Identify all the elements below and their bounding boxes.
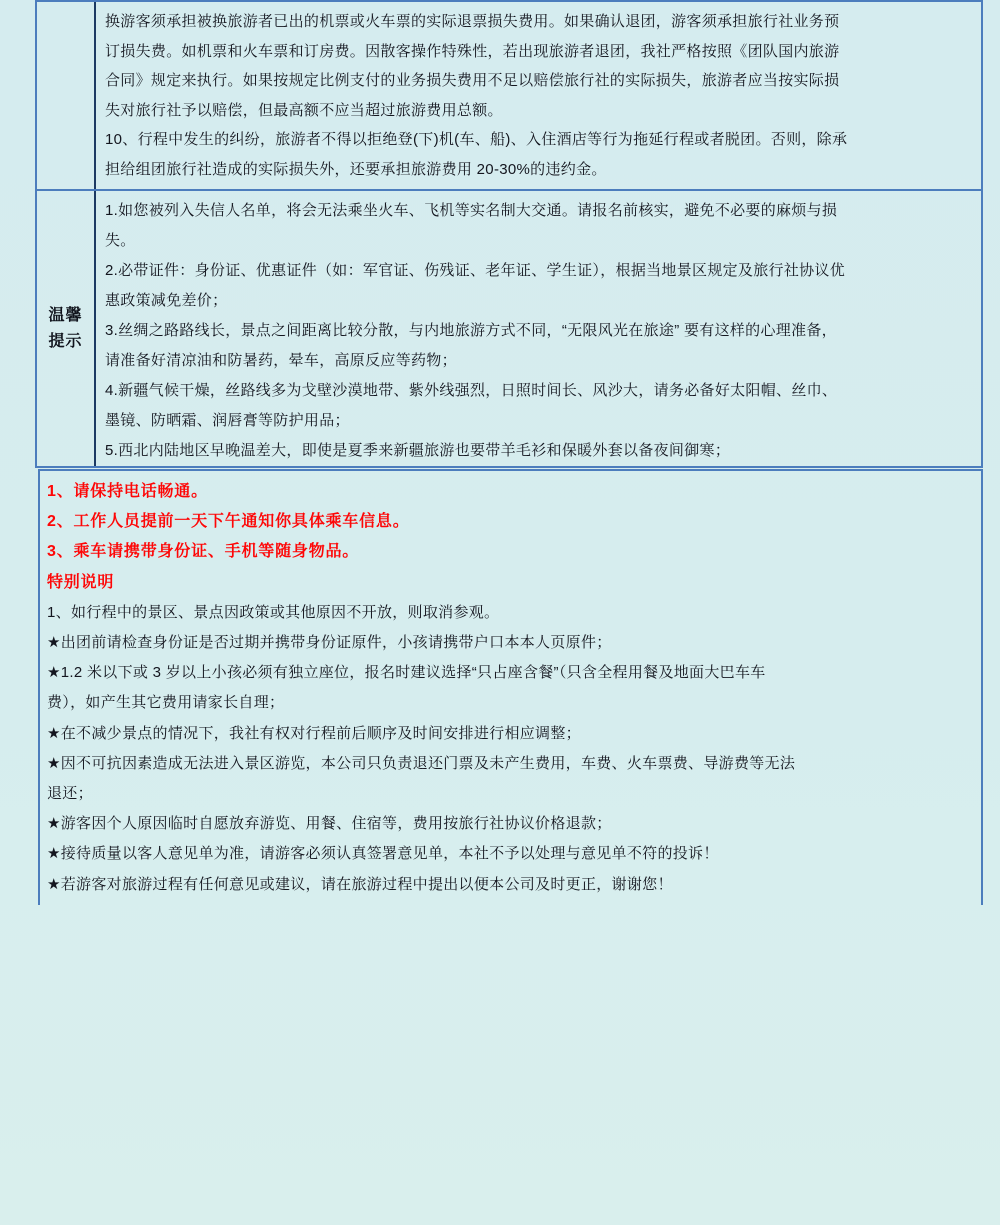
notice-text-line: ★若游客对旅游过程有任何意见或建议，请在旅游过程中提出以便本公司及时更正，谢谢您… — [47, 870, 975, 900]
tips-header-cell: 温馨 提示 — [37, 191, 96, 466]
tips-text-line: 墨镜、防晒霜、润唇膏等防护用品； — [105, 406, 975, 436]
tips-text-line: 4.新疆气候干燥，丝路线多为戈壁沙漠地带、紫外线强烈，日照时间长、风沙大，请务必… — [105, 376, 975, 406]
tips-text-line: 1.如您被列入失信人名单，将会无法乘坐火车、飞机等实名制大交通。请报名前核实，避… — [105, 196, 975, 226]
terms-text-line: 担给组团旅行社造成的实际损失外，还要承担旅游费用 20-30%的违约金。 — [105, 155, 975, 185]
terms-text-line: 订损失费。如机票和火车票和订房费。因散客操作特殊性，若出现旅游者退团，我社严格按… — [105, 37, 975, 67]
notice-text-line: 费），如产生其它费用请家长自理； — [47, 688, 975, 718]
tips-text-line: 5.西北内陆地区早晚温差大，即使是夏季来新疆旅游也要带羊毛衫和保暖外套以备夜间御… — [105, 436, 975, 466]
special-note-title: 特别说明 — [47, 568, 975, 598]
tips-text-line: 请准备好清凉油和防暑药，晕车，高原反应等药物； — [105, 346, 975, 376]
table-row-penalty-terms: 换游客须承担被换旅游者已出的机票或火车票的实际退票损失费用。如果确认退团，游客须… — [37, 2, 981, 189]
tips-text-line: 3.丝绸之路路线长，景点之间距离比较分散，与内地旅游方式不同，“无限风光在旅途”… — [105, 316, 975, 346]
terms-text-line: 失对旅行社予以赔偿，但最高额不应当超过旅游费用总额。 — [105, 96, 975, 126]
tips-text-line: 失。 — [105, 226, 975, 256]
red-notice-line: 1、请保持电话畅通。 — [47, 477, 975, 507]
notice-text-line: 退还； — [47, 779, 975, 809]
row1-content-cell: 换游客须承担被换旅游者已出的机票或火车票的实际退票损失费用。如果确认退团，游客须… — [96, 2, 981, 189]
tips-text-line: 2.必带证件：身份证、优惠证件（如：军官证、伤残证、老年证、学生证），根据当地景… — [105, 256, 975, 286]
tips-header-label: 温馨 — [48, 303, 82, 329]
row1-header-cell — [37, 2, 96, 189]
terms-text-line: 换游客须承担被换旅游者已出的机票或火车票的实际退票损失费用。如果确认退团，游客须… — [105, 7, 975, 37]
notice-text-line: ★1.2 米以下或 3 岁以上小孩必须有独立座位，报名时建议选择“只占座含餐”（… — [47, 658, 975, 688]
table-row-warm-tips: 温馨 提示 1.如您被列入失信人名单，将会无法乘坐火车、飞机等实名制大交通。请报… — [37, 189, 981, 466]
notice-text-line: ★因不可抗因素造成无法进入景区游览，本公司只负责退还门票及未产生费用，车费、火车… — [47, 749, 975, 779]
notice-text-line: 1、如行程中的景区、景点因政策或其他原因不开放，则取消参观。 — [47, 598, 975, 628]
terms-text-line: 10、行程中发生的纠纷，旅游者不得以拒绝登(下)机(车、船)、入住酒店等行为拖延… — [105, 125, 975, 155]
notice-text-line: ★在不减少景点的情况下，我社有权对行程前后顺序及时间安排进行相应调整； — [47, 719, 975, 749]
red-notice-line: 3、乘车请携带身份证、手机等随身物品。 — [47, 537, 975, 567]
terms-table: 换游客须承担被换旅游者已出的机票或火车票的实际退票损失费用。如果确认退团，游客须… — [35, 0, 983, 468]
notice-text-line: ★接待质量以客人意见单为准，请游客必须认真签署意见单，本社不予以处理与意见单不符… — [47, 839, 975, 869]
notice-text-line: ★出团前请检查身份证是否过期并携带身份证原件，小孩请携带户口本本人页原件； — [47, 628, 975, 658]
notice-text-line: ★游客因个人原因临时自愿放弃游览、用餐、住宿等，费用按旅行社协议价格退款； — [47, 809, 975, 839]
notice-section: 1、请保持电话畅通。 2、工作人员提前一天下午通知你具体乘车信息。 3、乘车请携… — [38, 469, 983, 905]
tips-content-cell: 1.如您被列入失信人名单，将会无法乘坐火车、飞机等实名制大交通。请报名前核实，避… — [96, 191, 981, 466]
tips-text-line: 惠政策减免差价； — [105, 286, 975, 316]
red-notice-line: 2、工作人员提前一天下午通知你具体乘车信息。 — [47, 507, 975, 537]
tips-header-label: 提示 — [48, 329, 82, 355]
terms-text-line: 合同》规定来执行。如果按规定比例支付的业务损失费用不足以赔偿旅行社的实际损失，旅… — [105, 66, 975, 96]
